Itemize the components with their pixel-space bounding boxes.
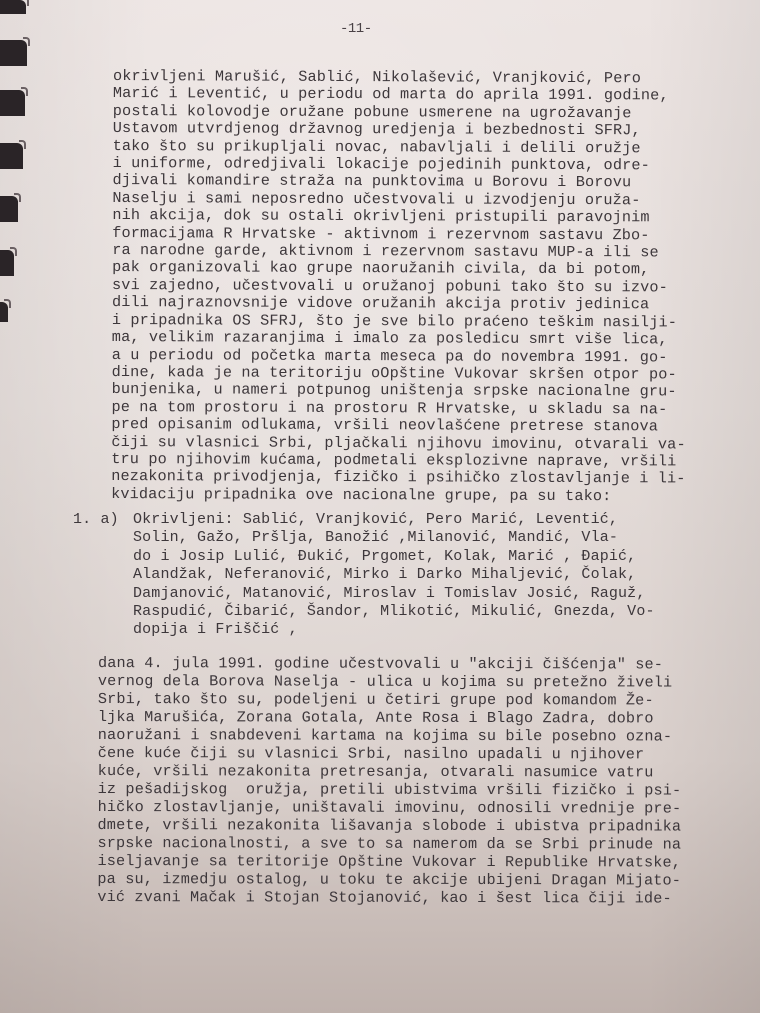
text-line: Srbi, tako što su, podeljeni u četiri gr… xyxy=(98,690,682,710)
list-of-accused: Okrivljeni: Sablić, Vranjković, Pero Mar… xyxy=(133,511,655,640)
item-label: 1. a) xyxy=(73,511,119,528)
text-line: Solin, Gažo, Pršlja, Banožić ,Milanović,… xyxy=(133,529,655,547)
text-line: naoružani i snabdeveni kartama na kojima… xyxy=(98,726,682,746)
text-line: ljka Marušića, Zorana Gotala, Ante Rosa … xyxy=(98,708,682,728)
text-line: dana 4. jula 1991. godine učestvovali u … xyxy=(98,654,682,674)
text-line: hičko zlostavljanje, uništavali imovinu,… xyxy=(98,798,682,818)
text-line: Okrivljeni: Sablić, Vranjković, Pero Mar… xyxy=(133,511,655,529)
binding-hole-icon xyxy=(0,0,26,14)
binding-hole-icon xyxy=(0,90,25,116)
text-line: do i Josip Lulić, Đukić, Prgomet, Kolak,… xyxy=(133,548,655,566)
binding-hole-icon xyxy=(0,302,8,322)
binding-hole-icon xyxy=(0,196,18,222)
text-line: dmete, vršili nezakonita lišavanja slobo… xyxy=(98,816,682,836)
text-line: srpske nacionalnosti, a sve to sa namero… xyxy=(97,834,681,854)
text-line: vernog dela Borova Naselja - ulica u koj… xyxy=(98,672,682,692)
text-line: pa su, izmedju ostalog, u toku te akcije… xyxy=(97,870,681,890)
text-line: dopija i Friščić , xyxy=(133,621,655,639)
text-line: kuće, vršili nezakonita pretresanja, otv… xyxy=(98,762,682,782)
text-line: Raspudić, Čibarić, Šandor, Mlikotić, Mik… xyxy=(133,603,655,621)
paragraph-cleansing-action: dana 4. jula 1991. godine učestvovali u … xyxy=(97,654,681,908)
binding-holes xyxy=(0,0,40,260)
binding-hole-icon xyxy=(0,40,27,66)
text-line: Alandžak, Neferanović, Mirko i Darko Mih… xyxy=(133,566,655,584)
binding-hole-icon xyxy=(0,143,23,169)
page-number: -11- xyxy=(340,21,372,37)
text-line: iseljavanje sa teritorije Opštine Vukova… xyxy=(97,852,681,872)
text-line: iz pešadijskog oružja, pretili ubistvima… xyxy=(98,780,682,800)
text-line: čene kuće čiji su vlasnici Srbi, nasilno… xyxy=(98,744,682,764)
paragraph-charges-intro: okrivljeni Marušić, Sablić, Nikolašević,… xyxy=(111,68,687,506)
text-line: vić zvani Mačak i Stojan Stojanović, kao… xyxy=(97,888,681,908)
binding-hole-icon xyxy=(0,250,14,276)
text-line: Damjanović, Matanović, Miroslav i Tomisl… xyxy=(133,585,655,603)
text-line: kvidaciju pripadnika ove nacionalne grup… xyxy=(111,486,685,506)
